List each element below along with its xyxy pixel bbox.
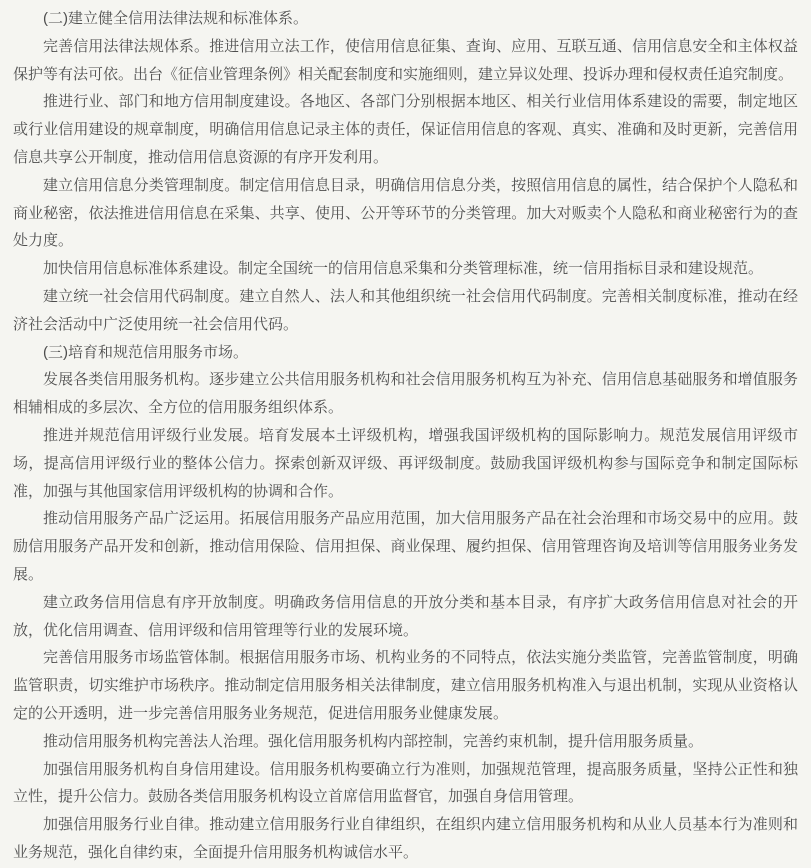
paragraph: 推进行业、部门和地方信用制度建设。各地区、各部门分别根据本地区、相关行业信用体系… [13, 88, 798, 171]
paragraph: 建立政务信用信息有序开放制度。明确政务信用信息的开放分类和基本目录，有序扩大政务… [13, 589, 798, 645]
paragraph: 加强信用服务行业自律。推动建立信用服务行业自律组织，在组织内建立信用服务机构和从… [13, 811, 798, 867]
section-heading-2: (二)建立健全信用法律法规和标准体系。 [13, 5, 798, 33]
paragraph: 加快信用信息标准体系建设。制定全国统一的信用信息采集和分类管理标准，统一信用指标… [13, 255, 798, 283]
paragraph: 建立信用信息分类管理制度。制定信用信息目录，明确信用信息分类，按照信用信息的属性… [13, 172, 798, 255]
paragraph: 推动信用服务产品广泛运用。拓展信用服务产品应用范围，加大信用服务产品在社会治理和… [13, 505, 798, 588]
paragraph: 加强信用服务机构自身信用建设。信用服务机构要确立行为准则，加强规范管理，提高服务… [13, 756, 798, 812]
paragraph: 完善信用服务市场监管体制。根据信用服务市场、机构业务的不同特点，依法实施分类监管… [13, 644, 798, 727]
document-page: (二)建立健全信用法律法规和标准体系。 完善信用法律法规体系。推进信用立法工作，… [0, 0, 811, 868]
paragraph: 建立统一社会信用代码制度。建立自然人、法人和其他组织统一社会信用代码制度。完善相… [13, 283, 798, 339]
paragraph: 发展各类信用服务机构。逐步建立公共信用服务机构和社会信用服务机构互为补充、信用信… [13, 366, 798, 422]
paragraph: 完善信用法律法规体系。推进信用立法工作，使信用信息征集、查询、应用、互联互通、信… [13, 33, 798, 89]
paragraph: 推进并规范信用评级行业发展。培育发展本土评级机构，增强我国评级机构的国际影响力。… [13, 422, 798, 505]
section-heading-3: (三)培育和规范信用服务市场。 [13, 339, 798, 367]
paragraph: 推动信用服务机构完善法人治理。强化信用服务机构内部控制，完善约束机制，提升信用服… [13, 728, 798, 756]
